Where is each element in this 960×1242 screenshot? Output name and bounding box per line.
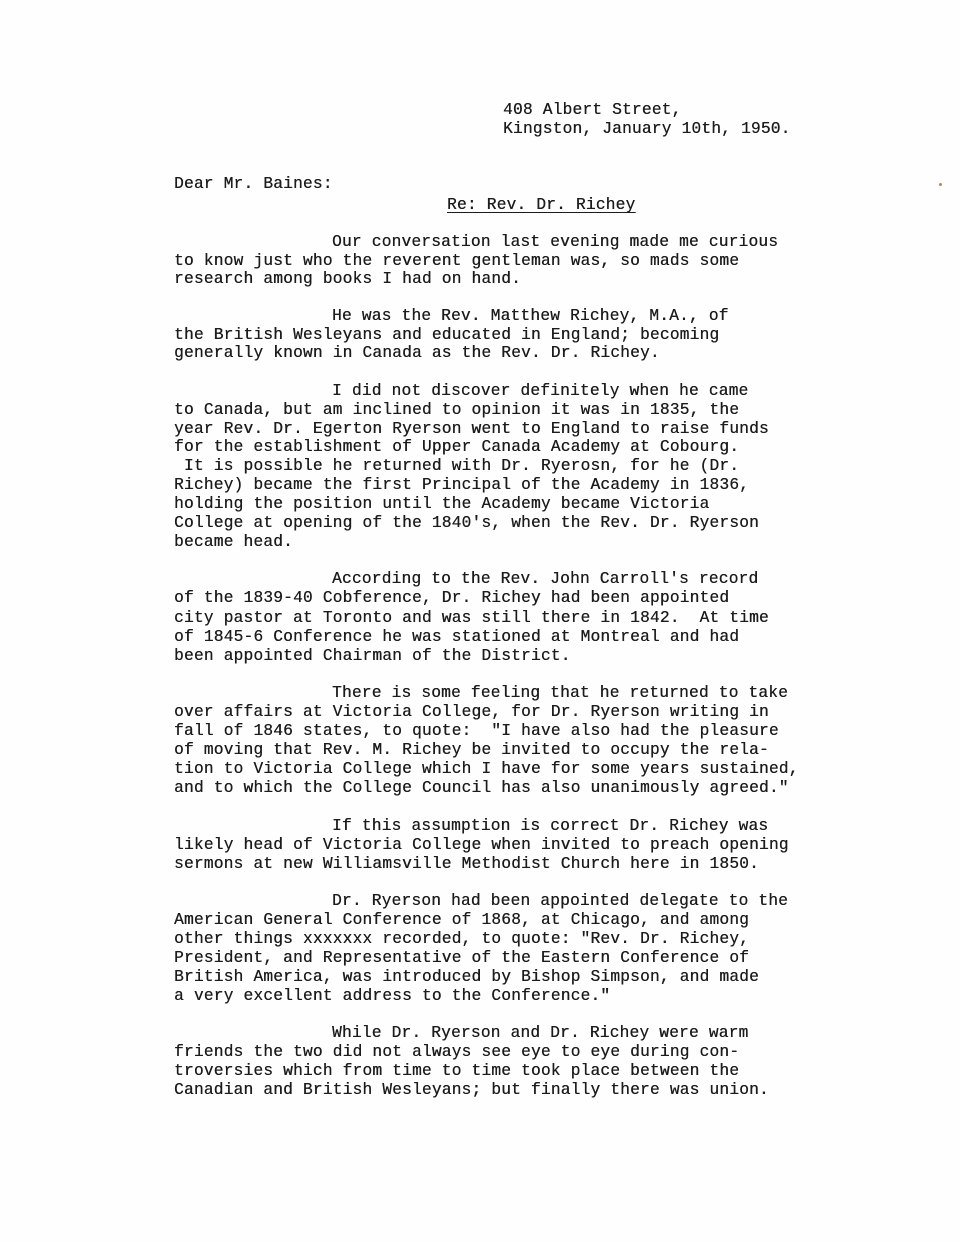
paragraph-2-line: the British Wesleyans and educated in En…: [174, 326, 719, 345]
paragraph-3-line: for the establishment of Upper Canada Ac…: [174, 438, 739, 457]
paragraph-4-line: been appointed Chairman of the District.: [174, 647, 571, 666]
paragraph-7-line: American General Conference of 1868, at …: [174, 911, 749, 930]
paragraph-5-line: and to which the College Council has als…: [174, 779, 789, 798]
paragraph-4-line: city pastor at Toronto and was still the…: [174, 609, 769, 628]
paragraph-6-line: sermons at new Williamsville Methodist C…: [174, 855, 759, 874]
paragraph-1-line: research among books I had on hand.: [174, 270, 521, 289]
ink-speck: [939, 183, 942, 186]
paragraph-5-line: fall of 1846 states, to quote: "I have a…: [174, 722, 779, 741]
paragraph-1-line: Our conversation last evening made me cu…: [332, 233, 778, 252]
paragraph-3-line: became head.: [174, 533, 293, 552]
paragraph-4-line: of 1845-6 Conference he was stationed at…: [174, 628, 739, 647]
subject-line: Re: Rev. Dr. Richey: [447, 196, 635, 215]
paragraph-7-line: President, and Representative of the Eas…: [174, 949, 749, 968]
paragraph-5-line: over affairs at Victoria College, for Dr…: [174, 703, 769, 722]
paragraph-7-line: a very excellent address to the Conferen…: [174, 987, 610, 1006]
paragraph-7-line: other things xxxxxxx recorded, to quote:…: [174, 930, 749, 949]
paragraph-3-line: year Rev. Dr. Egerton Ryerson went to En…: [174, 420, 769, 439]
paragraph-2-line: generally known in Canada as the Rev. Dr…: [174, 344, 660, 363]
paragraph-7-line: British America, was introduced by Bisho…: [174, 968, 759, 987]
paragraph-4-line: of the 1839-40 Cobference, Dr. Richey ha…: [174, 589, 729, 608]
paragraph-4-line: According to the Rev. John Carroll's rec…: [332, 570, 758, 589]
paragraph-6-line: If this assumption is correct Dr. Richey…: [332, 817, 768, 836]
paragraph-1-line: to know just who the reverent gentleman …: [174, 252, 739, 271]
paragraph-5-line: There is some feeling that he returned t…: [332, 684, 788, 703]
paragraph-8-line: troversies which from time to time took …: [174, 1062, 739, 1081]
paragraph-5-line: of moving that Rev. M. Richey be invited…: [174, 741, 769, 760]
paragraph-3-line: College at opening of the 1840's, when t…: [174, 514, 759, 533]
paragraph-8-line: Canadian and British Wesleyans; but fina…: [174, 1081, 769, 1100]
paragraph-2-line: He was the Rev. Matthew Richey, M.A., of: [332, 307, 729, 326]
paragraph-5-line: tion to Victoria College which I have fo…: [174, 760, 799, 779]
paragraph-3-line: It is possible he returned with Dr. Ryer…: [174, 457, 739, 476]
paragraph-3-line: Richey) became the first Principal of th…: [174, 476, 749, 495]
salutation: Dear Mr. Baines:: [174, 175, 333, 194]
paragraph-3-line: to Canada, but am inclined to opinion it…: [174, 401, 739, 420]
paragraph-3-line: holding the position until the Academy b…: [174, 495, 709, 514]
letter-page: 408 Albert Street, Kingston, January 10t…: [0, 0, 960, 1242]
paragraph-6-line: likely head of Victoria College when inv…: [174, 836, 789, 855]
paragraph-7-line: Dr. Ryerson had been appointed delegate …: [332, 892, 788, 911]
address-line-1: 408 Albert Street,: [503, 101, 681, 120]
paragraph-8-line: While Dr. Ryerson and Dr. Richey were wa…: [332, 1024, 748, 1043]
paragraph-8-line: friends the two did not always see eye t…: [174, 1043, 739, 1062]
address-line-2: Kingston, January 10th, 1950.: [503, 120, 791, 139]
paragraph-3-line: I did not discover definitely when he ca…: [332, 382, 748, 401]
